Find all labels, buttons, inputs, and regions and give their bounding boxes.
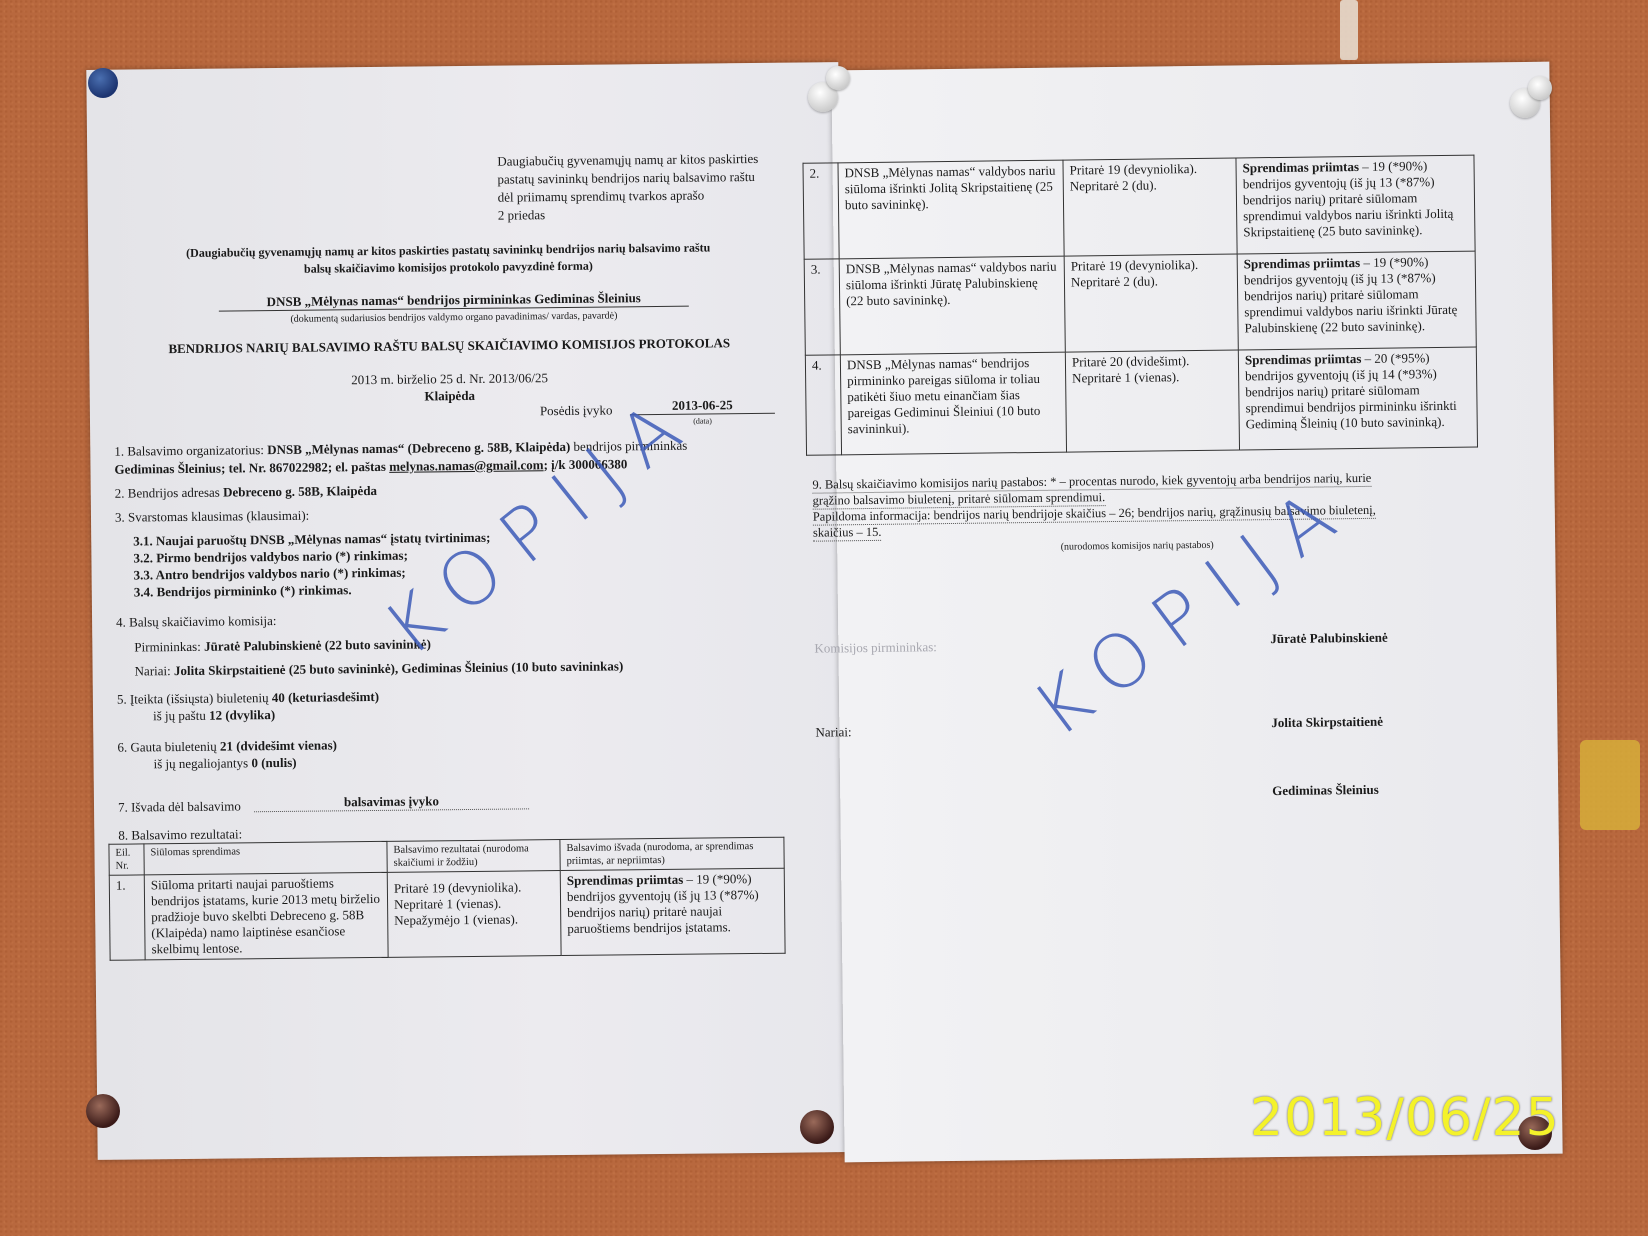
board-scuff [1340, 0, 1358, 60]
item-results-heading: 8. Balsavimo rezultatai: [118, 826, 242, 843]
results-table-right: 2. DNSB „Mėlynas namas“ valdybos nariu s… [802, 155, 1478, 456]
item-ballots-received: 6. Gauta biuletenių 21 (dvidešimt vienas… [117, 737, 337, 755]
chair-label: Komisijos pirmininkas: [814, 639, 937, 656]
row-proposal: DNSB „Mėlynas namas“ valdybos nariu siūl… [839, 256, 1065, 355]
header-no: Eil. Nr. [109, 844, 144, 875]
protocol-page-left: Daugiabučių gyvenamųjų namų ar kitos pas… [86, 62, 849, 1160]
commission-members: Nariai: Jolita Skirpstaitienė (25 buto s… [135, 658, 624, 679]
table-row: 2. DNSB „Mėlynas namas“ valdybos nariu s… [803, 155, 1475, 259]
appendix-header-2: pastatų savininkų bendrijos narių balsav… [497, 169, 755, 188]
row-conclusion: Sprendimas priimtas – 20 (*95%) bendrijo… [1238, 347, 1477, 450]
item-questions-heading: 3. Svarstomas klausimas (klausimai): [115, 508, 309, 526]
pushpin-white-icon [1528, 76, 1552, 100]
member-2: Gediminas Šleinius [1272, 782, 1379, 799]
header-results: Balsavimo rezultatai (nurodoma skaičiumi… [387, 840, 560, 873]
result-against: Nepritarė 1 (vienas). [1072, 369, 1232, 387]
protocol-title: BENDRIJOS NARIŲ BALSAVIMO RAŠTU BALSŲ SK… [89, 334, 809, 358]
notes-line-4: skaičius – 15. [813, 524, 882, 542]
row-conclusion: Sprendimas priimtas – 19 (*90%) bendrijo… [1236, 155, 1475, 254]
result-for: Pritarė 19 (devyniolika). [394, 879, 554, 897]
chair-name: Jūratė Palubinskienė [1270, 630, 1388, 647]
table-row: 3. DNSB „Mėlynas namas“ valdybos nariu s… [804, 251, 1476, 355]
commission-chair: Pirmininkas: Jūratė Palubinskienė (22 bu… [134, 636, 431, 655]
table-row: 4. DNSB „Mėlynas namas“ bendrijos pirmin… [805, 347, 1477, 455]
result-for: Pritarė 20 (dvidešimt). [1072, 353, 1232, 371]
result-against: Nepritarė 1 (vienas). [394, 895, 554, 913]
header-proposal: Siūlomas sprendimas [144, 841, 387, 875]
row-proposal: DNSB „Mėlynas namas“ valdybos nariu siūl… [838, 160, 1064, 259]
row-no: 4. [805, 355, 841, 455]
item-ballots-invalid: iš jų negaliojantys 0 (nulis) [154, 755, 297, 772]
row-no: 3. [804, 259, 840, 355]
row-proposal: DNSB „Mėlynas namas“ bendrijos pirminink… [840, 352, 1066, 455]
question-1: 3.1. Naujai paruoštų DNSB „Mėlynas namas… [133, 530, 490, 550]
pushpin-white-icon [826, 66, 850, 90]
result-blank: Nepažymėjo 1 (vienas). [394, 911, 554, 929]
row-results: Pritarė 19 (devyniolika). Nepritarė 1 (v… [387, 871, 561, 958]
item-commission-heading: 4. Balsų skaičiavimo komisija: [116, 613, 276, 631]
header-conclusion: Balsavimo išvada (nurodoma, ar sprendima… [560, 837, 784, 870]
protocol-page-right: 2. DNSB „Mėlynas namas“ valdybos nariu s… [831, 62, 1562, 1163]
question-3: 3.3. Antro bendrijos valdybos nario (*) … [134, 565, 406, 584]
item-address: 2. Bendrijos adresas Debreceno g. 58B, K… [115, 483, 377, 502]
row-results: Pritarė 20 (dvidešimt). Nepritarė 1 (vie… [1065, 350, 1239, 452]
table-row: 1. Siūloma pritarti naujai paruoštiems b… [109, 868, 785, 960]
board-paint-spot [1580, 740, 1640, 830]
email-link[interactable]: melynas.namas@gmail.com [389, 457, 544, 474]
camera-date-stamp: 2013/06/25 [1250, 1088, 1560, 1148]
appendix-header-4: 2 priedas [498, 207, 545, 223]
row-results: Pritarė 19 (devyniolika). Nepritarė 2 (d… [1063, 158, 1237, 256]
row-conclusion: Sprendimas priimtas – 19 (*90%) bendrijo… [1237, 251, 1476, 350]
item-conclusion-label: 7. Išvada dėl balsavimo [118, 798, 241, 815]
appendix-header-1: Daugiabučių gyvenamųjų namų ar kitos pas… [497, 151, 758, 170]
row-conclusion: Sprendimas priimtas – 19 (*90%) bendrijo… [560, 868, 785, 955]
results-table-left: Eil. Nr. Siūlomas sprendimas Balsavimo r… [108, 837, 785, 961]
pushpin-dark-icon [86, 1094, 120, 1128]
item-conclusion-value: balsavimas įvyko [254, 792, 529, 812]
row-proposal: Siūloma pritarti naujai paruoštiems bend… [144, 872, 388, 960]
result-against: Nepritarė 2 (du). [1070, 177, 1230, 195]
member-1: Jolita Skirpstaitienė [1271, 714, 1383, 731]
result-for: Pritarė 19 (devyniolika). [1071, 257, 1231, 275]
item-ballots-by-mail: iš jų paštu 12 (dvylika) [153, 707, 275, 724]
row-no: 2. [803, 163, 839, 259]
row-results: Pritarė 19 (devyniolika). Nepritarė 2 (d… [1064, 254, 1238, 352]
pushpin-blue-icon [88, 68, 118, 98]
appendix-header-3: dėl priimamų sprendimų tvarkos aprašo [498, 188, 705, 206]
row-no: 1. [109, 875, 145, 960]
pushpin-dark-icon [800, 1110, 834, 1144]
result-against: Nepritarė 2 (du). [1071, 273, 1231, 291]
question-2: 3.2. Pirmo bendrijos valdybos nario (*) … [133, 548, 408, 567]
item-ballots-issued: 5. Įteikta (išsiųsta) biuletenių 40 (ket… [117, 689, 379, 708]
members-label: Nariai: [815, 724, 851, 740]
meeting-label: Posėdis įvyko [540, 402, 613, 419]
question-4: 3.4. Bendrijos pirmininko (*) rinkimas. [134, 582, 352, 600]
result-for: Pritarė 19 (devyniolika). [1069, 161, 1229, 179]
